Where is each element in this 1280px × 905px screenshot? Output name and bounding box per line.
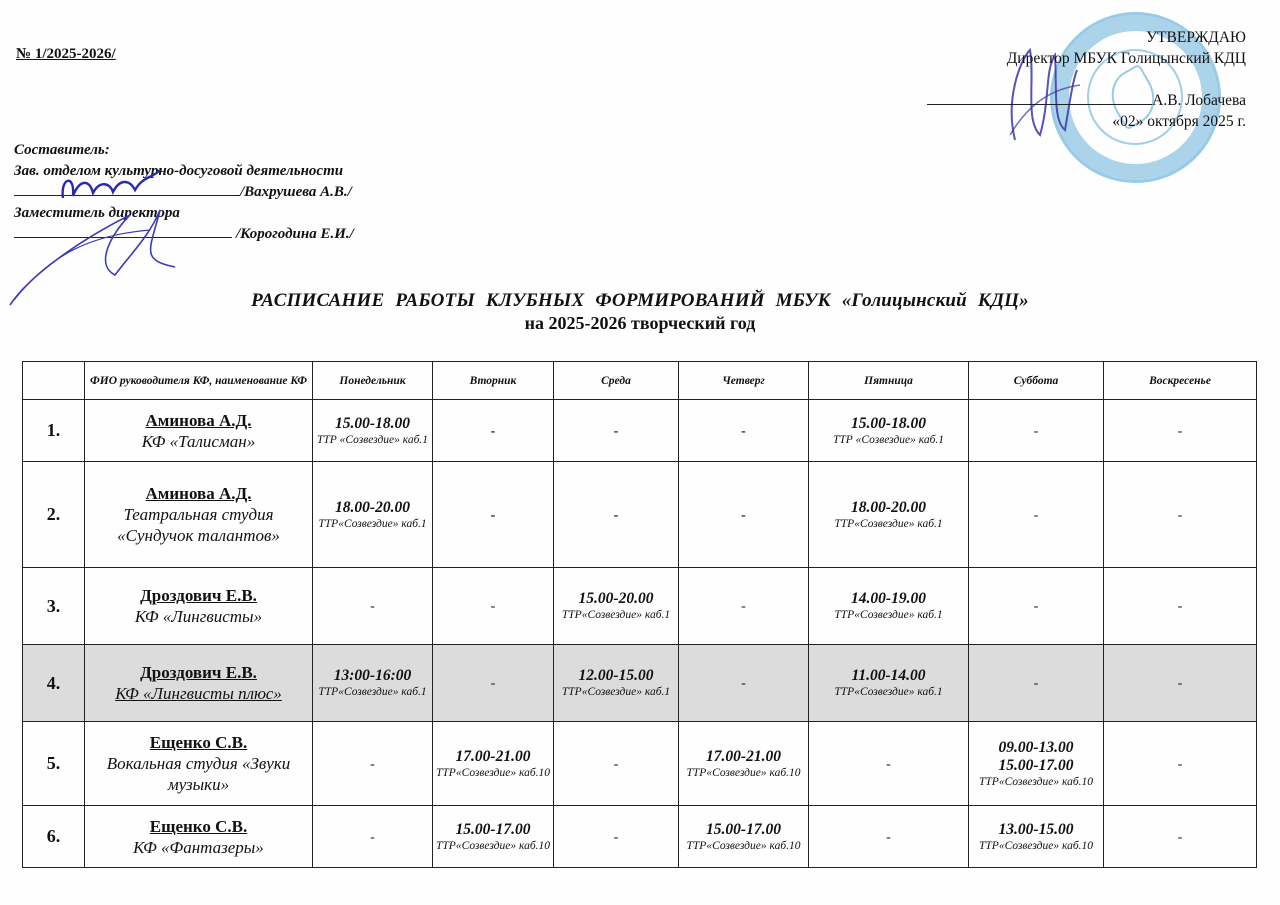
schedule-cell-sunday: - <box>1104 568 1257 645</box>
no-session-dash: - <box>741 676 746 691</box>
leader-cell: Ещенко С.В.КФ «Фантазеры» <box>85 806 313 868</box>
schedule-cell-monday: - <box>313 722 433 806</box>
no-session-dash: - <box>491 676 496 691</box>
schedule-cell-friday: - <box>809 806 969 868</box>
session-time: 11.00-14.00 <box>811 667 966 685</box>
no-session-dash: - <box>741 508 746 523</box>
no-session-dash: - <box>886 757 891 772</box>
no-session-dash: - <box>1034 676 1039 691</box>
no-session-dash: - <box>370 599 375 614</box>
schedule-cell-friday: 15.00-18.00ТТР «Созвездие» каб.1 <box>809 400 969 462</box>
no-session-dash: - <box>370 830 375 845</box>
schedule-cell-wednesday: 12.00-15.00ТТР«Созвездие» каб.1 <box>554 645 679 722</box>
schedule-cell-tuesday: - <box>433 645 554 722</box>
session-time: 09.00-13.00 <box>971 739 1101 757</box>
schedule-cell-sunday: - <box>1104 722 1257 806</box>
schedule-cell-monday: - <box>313 806 433 868</box>
header-wednesday: Среда <box>554 362 679 400</box>
schedule-cell-tuesday: - <box>433 462 554 568</box>
session-place: ТТР «Созвездие» каб.1 <box>811 433 966 447</box>
leader-name: Дроздович Е.В. <box>87 585 310 606</box>
approval-date: «02» октября 2025 г. <box>927 111 1246 132</box>
session-time: 15.00-17.00 <box>971 757 1101 775</box>
leader-cell: Дроздович Е.В.КФ «Лингвисты» <box>85 568 313 645</box>
schedule-cell-thursday: 15.00-17.00ТТР«Созвездие» каб.10 <box>679 806 809 868</box>
header-thursday: Четверг <box>679 362 809 400</box>
schedule-cell-friday: 18.00-20.00ТТР«Созвездие» каб.1 <box>809 462 969 568</box>
schedule-cell-thursday: - <box>679 462 809 568</box>
row-number: 5. <box>23 722 85 806</box>
signature-line-2 <box>14 223 232 238</box>
session-place: ТТР«Созвездие» каб.1 <box>315 517 430 531</box>
leader-cell: Аминова А.Д.Театральная студия «Сундучок… <box>85 462 313 568</box>
schedule-table: ФИО руководителя КФ, наименование КФ Пон… <box>22 361 1257 868</box>
header-tuesday: Вторник <box>433 362 554 400</box>
schedule-cell-monday: 18.00-20.00ТТР«Созвездие» каб.1 <box>313 462 433 568</box>
no-session-dash: - <box>614 757 619 772</box>
session-place: ТТР«Созвездие» каб.10 <box>435 839 551 853</box>
schedule-cell-monday: 13:00-16:00ТТР«Созвездие» каб.1 <box>313 645 433 722</box>
approval-block: УТВЕРЖДАЮ Директор МБУК Голицынский КДЦ … <box>927 27 1246 132</box>
session-time: 12.00-15.00 <box>556 667 676 685</box>
club-name: Театральная студия «Сундучок талантов» <box>87 504 310 546</box>
schedule-cell-thursday: - <box>679 400 809 462</box>
leader-cell: Аминова А.Д.КФ «Талисман» <box>85 400 313 462</box>
row-number: 1. <box>23 400 85 462</box>
session-time: 14.00-19.00 <box>811 590 966 608</box>
no-session-dash: - <box>614 830 619 845</box>
header-saturday: Суббота <box>969 362 1104 400</box>
row-number: 3. <box>23 568 85 645</box>
no-session-dash: - <box>1178 757 1183 772</box>
document-title: РАСПИСАНИЕ РАБОТЫ КЛУБНЫХ ФОРМИРОВАНИЙ М… <box>0 290 1280 334</box>
schedule-cell-sunday: - <box>1104 645 1257 722</box>
no-session-dash: - <box>1034 424 1039 439</box>
schedule-cell-sunday: - <box>1104 400 1257 462</box>
session-time: 18.00-20.00 <box>315 499 430 517</box>
no-session-dash: - <box>370 757 375 772</box>
no-session-dash: - <box>614 424 619 439</box>
approval-name: А.В. Лобачева <box>1152 92 1246 109</box>
session-place: ТТР«Созвездие» каб.10 <box>681 839 806 853</box>
header-friday: Пятница <box>809 362 969 400</box>
compiler-name-2: /Корогодина Е.И./ <box>236 226 354 242</box>
title-line-1: РАСПИСАНИЕ РАБОТЫ КЛУБНЫХ ФОРМИРОВАНИЙ М… <box>0 290 1280 312</box>
table-row: 2.Аминова А.Д.Театральная студия «Сундуч… <box>23 462 1257 568</box>
table-row: 1.Аминова А.Д.КФ «Талисман»15.00-18.00ТТ… <box>23 400 1257 462</box>
schedule-cell-saturday: 13.00-15.00ТТР«Созвездие» каб.10 <box>969 806 1104 868</box>
schedule-cell-sunday: - <box>1104 462 1257 568</box>
no-session-dash: - <box>1034 508 1039 523</box>
schedule-cell-wednesday: - <box>554 400 679 462</box>
session-place: ТТР«Созвездие» каб.10 <box>435 766 551 780</box>
table-header-row: ФИО руководителя КФ, наименование КФ Пон… <box>23 362 1257 400</box>
session-time: 18.00-20.00 <box>811 499 966 517</box>
club-name: КФ «Талисман» <box>87 431 310 452</box>
schedule-cell-tuesday: - <box>433 400 554 462</box>
no-session-dash: - <box>491 508 496 523</box>
session-time: 15.00-17.00 <box>681 821 806 839</box>
schedule-cell-wednesday: - <box>554 462 679 568</box>
leader-cell: Ещенко С.В.Вокальная студия «Звуки музык… <box>85 722 313 806</box>
no-session-dash: - <box>491 599 496 614</box>
leader-name: Дроздович Е.В. <box>87 662 310 683</box>
schedule-cell-friday: 11.00-14.00ТТР«Созвездие» каб.1 <box>809 645 969 722</box>
schedule-cell-saturday: - <box>969 400 1104 462</box>
leader-cell: Дроздович Е.В.КФ «Лингвисты плюс» <box>85 645 313 722</box>
no-session-dash: - <box>741 424 746 439</box>
schedule-cell-tuesday: - <box>433 568 554 645</box>
document-number: № 1/2025-2026/ <box>16 46 116 63</box>
club-name: КФ «Фантазеры» <box>87 837 310 858</box>
session-place: ТТР«Созвездие» каб.10 <box>971 839 1101 853</box>
header-leader: ФИО руководителя КФ, наименование КФ <box>85 362 313 400</box>
schedule-cell-saturday: - <box>969 462 1104 568</box>
header-monday: Понедельник <box>313 362 433 400</box>
schedule-cell-sunday: - <box>1104 806 1257 868</box>
compiler-name-1: /Вахрушева А.В./ <box>240 184 352 200</box>
session-place: ТТР«Созвездие» каб.10 <box>681 766 806 780</box>
no-session-dash: - <box>1034 599 1039 614</box>
row-number: 6. <box>23 806 85 868</box>
no-session-dash: - <box>491 424 496 439</box>
session-time: 13.00-15.00 <box>971 821 1101 839</box>
session-time: 17.00-21.00 <box>435 748 551 766</box>
approval-signature-line <box>927 90 1152 105</box>
schedule-cell-wednesday: 15.00-20.00ТТР«Созвездие» каб.1 <box>554 568 679 645</box>
leader-name: Ещенко С.В. <box>87 732 310 753</box>
session-place: ТТР«Созвездие» каб.1 <box>315 685 430 699</box>
compiler-position-2: Заместитель директора <box>14 203 354 224</box>
schedule-cell-thursday: - <box>679 568 809 645</box>
no-session-dash: - <box>1178 830 1183 845</box>
session-place: ТТР«Созвездие» каб.1 <box>811 685 966 699</box>
schedule-cell-wednesday: - <box>554 806 679 868</box>
session-place: ТТР«Созвездие» каб.1 <box>556 685 676 699</box>
session-place: ТТР«Созвездие» каб.10 <box>971 775 1101 789</box>
session-place: ТТР«Созвездие» каб.1 <box>811 517 966 531</box>
row-number: 4. <box>23 645 85 722</box>
schedule-cell-saturday: 09.00-13.0015.00-17.00ТТР«Созвездие» каб… <box>969 722 1104 806</box>
club-name: КФ «Лингвисты плюс» <box>87 683 310 704</box>
schedule-cell-monday: - <box>313 568 433 645</box>
compiler-block: Составитель: Зав. отделом культурно-досу… <box>14 140 354 245</box>
title-line-2: на 2025-2026 творческий год <box>0 313 1280 334</box>
compiler-heading: Составитель: <box>14 140 354 161</box>
header-num <box>23 362 85 400</box>
no-session-dash: - <box>1178 599 1183 614</box>
session-time: 15.00-17.00 <box>435 821 551 839</box>
no-session-dash: - <box>741 599 746 614</box>
club-name: Вокальная студия «Звуки музыки» <box>87 753 310 795</box>
signature-line-1 <box>14 181 240 196</box>
schedule-cell-thursday: - <box>679 645 809 722</box>
no-session-dash: - <box>1178 508 1183 523</box>
table-row: 4.Дроздович Е.В.КФ «Лингвисты плюс»13:00… <box>23 645 1257 722</box>
no-session-dash: - <box>886 830 891 845</box>
session-place: ТТР«Созвездие» каб.1 <box>811 608 966 622</box>
schedule-cell-friday: 14.00-19.00ТТР«Созвездие» каб.1 <box>809 568 969 645</box>
schedule-cell-thursday: 17.00-21.00ТТР«Созвездие» каб.10 <box>679 722 809 806</box>
schedule-cell-monday: 15.00-18.00ТТР «Созвездие» каб.1 <box>313 400 433 462</box>
schedule-cell-saturday: - <box>969 568 1104 645</box>
schedule-cell-saturday: - <box>969 645 1104 722</box>
session-time: 15.00-18.00 <box>811 415 966 433</box>
table-row: 5.Ещенко С.В.Вокальная студия «Звуки муз… <box>23 722 1257 806</box>
session-place: ТТР «Созвездие» каб.1 <box>315 433 430 447</box>
session-time: 15.00-18.00 <box>315 415 430 433</box>
schedule-cell-friday: - <box>809 722 969 806</box>
schedule-cell-wednesday: - <box>554 722 679 806</box>
leader-name: Аминова А.Д. <box>87 483 310 504</box>
schedule-cell-tuesday: 17.00-21.00ТТР«Созвездие» каб.10 <box>433 722 554 806</box>
no-session-dash: - <box>614 508 619 523</box>
leader-name: Аминова А.Д. <box>87 410 310 431</box>
row-number: 2. <box>23 462 85 568</box>
no-session-dash: - <box>1178 424 1183 439</box>
approval-position: Директор МБУК Голицынский КДЦ <box>927 48 1246 69</box>
compiler-position-1: Зав. отделом культурно-досуговой деятель… <box>14 161 354 182</box>
no-session-dash: - <box>1178 676 1183 691</box>
approval-label: УТВЕРЖДАЮ <box>927 27 1246 48</box>
club-name: КФ «Лингвисты» <box>87 606 310 627</box>
header-sunday: Воскресенье <box>1104 362 1257 400</box>
schedule-cell-tuesday: 15.00-17.00ТТР«Созвездие» каб.10 <box>433 806 554 868</box>
leader-name: Ещенко С.В. <box>87 816 310 837</box>
table-row: 6.Ещенко С.В.КФ «Фантазеры»-15.00-17.00Т… <box>23 806 1257 868</box>
session-place: ТТР«Созвездие» каб.1 <box>556 608 676 622</box>
table-row: 3.Дроздович Е.В.КФ «Лингвисты»--15.00-20… <box>23 568 1257 645</box>
session-time: 13:00-16:00 <box>315 667 430 685</box>
session-time: 17.00-21.00 <box>681 748 806 766</box>
session-time: 15.00-20.00 <box>556 590 676 608</box>
